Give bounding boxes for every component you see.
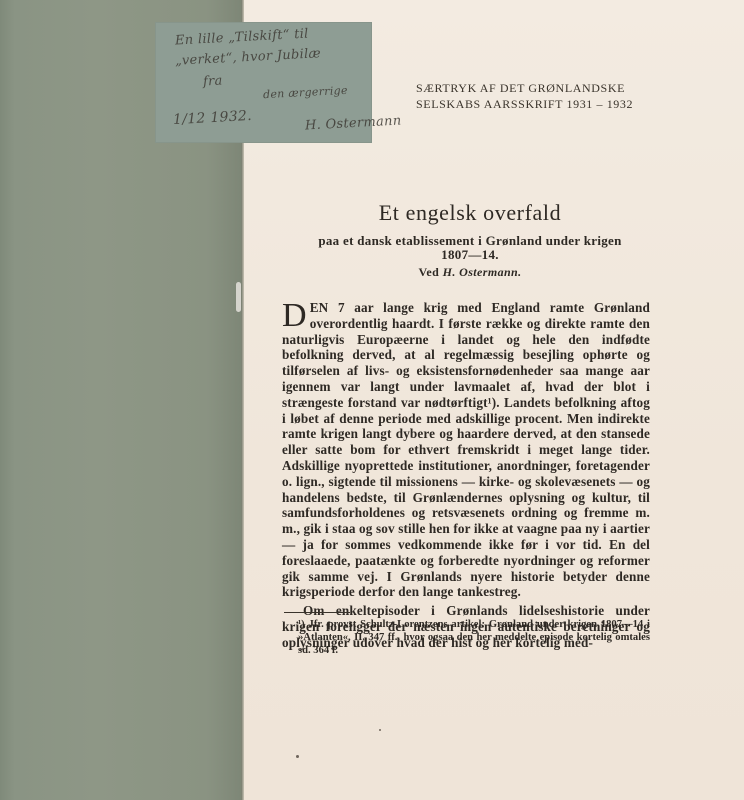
article-body: DEN 7 aar lange krig med England ramte G…: [282, 300, 650, 651]
cover-scuff-mark: [236, 282, 241, 312]
inscription-line: den ærgerrige: [263, 84, 348, 101]
footnote: ¹) Jfr. provst Schultz-Lorentzens artike…: [284, 618, 650, 657]
paragraph-1: DEN 7 aar lange krig med England ramte G…: [282, 300, 650, 600]
inscription-line: En lille „Tilskift“ til: [175, 27, 309, 49]
byline: Ved H. Ostermann.: [290, 265, 650, 280]
paper-speck: [296, 755, 299, 758]
author-name: H. Ostermann.: [443, 265, 522, 279]
subtitle-line-2: 1807—14.: [290, 248, 650, 262]
footnote-rule: [284, 612, 350, 613]
inscription-date: 1/12 1932.: [173, 108, 253, 128]
subtitle-line-1: paa et dansk etablissement i Grønland un…: [290, 234, 650, 248]
article-subtitle: paa et dansk etablissement i Grønland un…: [290, 234, 650, 262]
handwritten-inscription-card: En lille „Tilskift“ til „verket“, hvor J…: [155, 22, 372, 143]
footnote-text: ¹) Jfr. provst Schultz-Lorentzens artike…: [284, 618, 650, 657]
paper-speck: [379, 729, 381, 731]
inscription-line: fra: [203, 73, 223, 89]
offprint-header: Særtryk af det Grønlandske Selskabs Aars…: [416, 80, 656, 112]
inscription-line: „verket“, hvor Jubilæ: [175, 46, 322, 69]
series-line-1: Særtryk af det Grønlandske: [416, 80, 656, 96]
article-title: Et engelsk overfald: [290, 200, 650, 226]
drop-cap: D: [282, 302, 307, 330]
paragraph-1-text: EN 7 aar lange krig med England ramte Gr…: [282, 300, 650, 599]
series-line-2: Selskabs Aarsskrift 1931 – 1932: [416, 96, 656, 112]
byline-prefix: Ved: [418, 265, 439, 279]
